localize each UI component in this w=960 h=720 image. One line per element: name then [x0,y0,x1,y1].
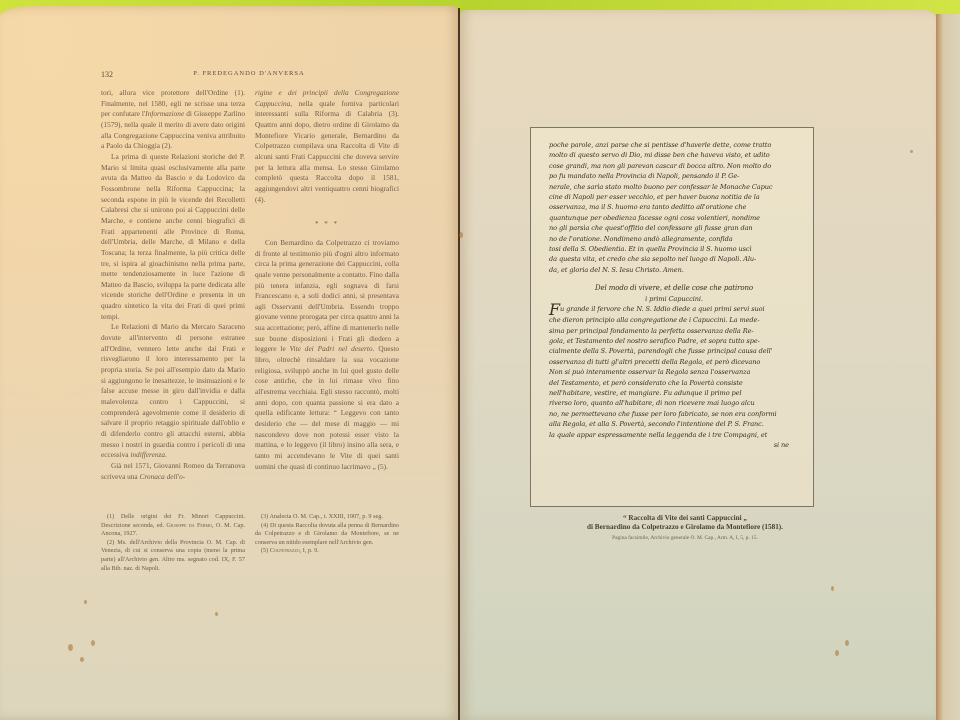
manuscript-text: poche parole, anzi parse che si pentisse… [549,140,799,450]
ms-line: da, et gloria del N. S. Iesu Christo. Am… [549,265,799,275]
ms-line: che dieron principio alla congregatione … [549,315,799,325]
paragraph: rigine e dei principii della Congregazio… [255,88,399,205]
right-text-column: rigine e dei principii della Congregazio… [255,88,399,472]
ms-line: nell'habitare, vestire, et mangiare. Fu … [549,388,799,398]
ms-line: sima per principal fondamento la perfett… [549,326,799,336]
footnotes-right: (3) Analecta O. M. Cap., t. XXIII, 1907,… [255,513,399,556]
ms-catchword: si ne [549,440,789,450]
ms-line: poche parole, anzi parse che si pentisse… [549,140,799,150]
footnote: (3) Analecta O. M. Cap., t. XXIII, 1907,… [255,513,399,522]
page-edges [936,14,960,720]
foxing-spot [835,650,839,656]
foxing-spot [831,586,834,591]
ms-line: no de l'oratione. Nondimeno andò allegra… [549,234,799,244]
paragraph: tori, allora vice protettore dell'Ordine… [101,88,245,152]
paragraph: La prima di queste Relazioni storiche de… [101,152,245,323]
plate-caption: “ Raccolta di Vite dei santi Cappuccini … [520,514,850,544]
caption-title: “ Raccolta di Vite dei santi Cappuccini … [520,514,850,523]
ms-line: da questa vita, et credo che sia sepolto… [549,254,799,264]
ms-line: del Testamento, et però considerato che … [549,378,799,388]
ms-line: osservanza di tutti gl'altri precetti de… [549,357,799,367]
ms-line: molto di questo servo di Dio, mi disse b… [549,150,799,160]
foxing-spot [68,644,73,651]
running-title: P. FREDEGANDO D'ANVERSA [101,70,397,77]
paragraph: Già nel 1571, Giovanni Romeo da Terranov… [101,461,245,482]
foxing-spot [845,640,849,646]
footnote: (5) Colpetrazzo, I, p. 9. [255,547,399,556]
caption-authors: di Bernardino da Colpetrazzo e Girolamo … [520,523,850,532]
foxing-spot [84,600,87,604]
book-gutter [458,8,460,720]
ms-line: cialmente della S. Povertà, parendogli c… [549,346,799,356]
caption-source: Pagina facsimile, Archivio generale O. M… [520,532,850,544]
foxing-spot [459,232,463,238]
ms-line: tosi della S. Obedientia. Et in quella P… [549,244,799,254]
ms-heading: Del modo di vivere, et delle cose che pa… [549,283,799,293]
asterism-divider: * * * [255,219,399,230]
running-head: 132 P. FREDEGANDO D'ANVERSA [101,70,397,82]
ms-line: la quale appar espressamente nella legge… [549,430,799,440]
footnote: (4) Di questa Raccolta dovuta alla penna… [255,522,399,548]
ms-line: riverso loro, quanto all'habitare, di no… [549,398,799,408]
foxing-spot [910,150,913,153]
paragraph: Con Bernardino da Colpetrazzo ci troviam… [255,238,399,472]
footnotes-left: (1) Delle origini dei Fr. Minori Cappucc… [101,513,245,573]
foxing-spot [215,612,218,616]
ms-line: quantunque per obedienza facesse ogni co… [549,213,799,223]
ms-line: cine di Napoli per esser vecchio, et per… [549,192,799,202]
footnote: (1) Delle origini dei Fr. Minori Cappucc… [101,513,245,539]
foxing-spot [91,640,95,646]
ms-line: po fu mandato nella Provincia di Napoli,… [549,171,799,181]
ms-line: no gli parsìa che quest'offitio del conf… [549,223,799,233]
foxing-spot [80,657,84,662]
ms-line: osservanza, ma il S. huomo era tanto ded… [549,202,799,212]
ms-line: Non si può interamente osservar la Regol… [549,367,799,377]
ms-line: nerale, che sarìa stato molto buono per … [549,182,799,192]
footnote: (2) Ms. dell'Archivio della Provincia O.… [101,539,245,573]
paragraph: Le Relazioni di Mario da Mercato Saracen… [101,322,245,461]
ms-line: no, ne permettevano che fusse per loro f… [549,409,799,419]
ms-subheading: i primi Capuccini. [549,294,799,304]
left-text-column: tori, allora vice protettore dell'Ordine… [101,88,245,482]
manuscript-facsimile: poche parole, anzi parse che si pentisse… [530,127,814,507]
ms-line: gola, et Testamento del nostro serafico … [549,336,799,346]
ms-line: cose grandi, ma non gli parevan cascar d… [549,161,799,171]
ms-line: alla Regola, et alla S. Povertà, secondo… [549,419,799,429]
ms-line: Fu grande il fervore che N. S. Iddio die… [549,304,799,315]
photo-scene: 132 P. FREDEGANDO D'ANVERSA tori, allora… [0,0,960,720]
